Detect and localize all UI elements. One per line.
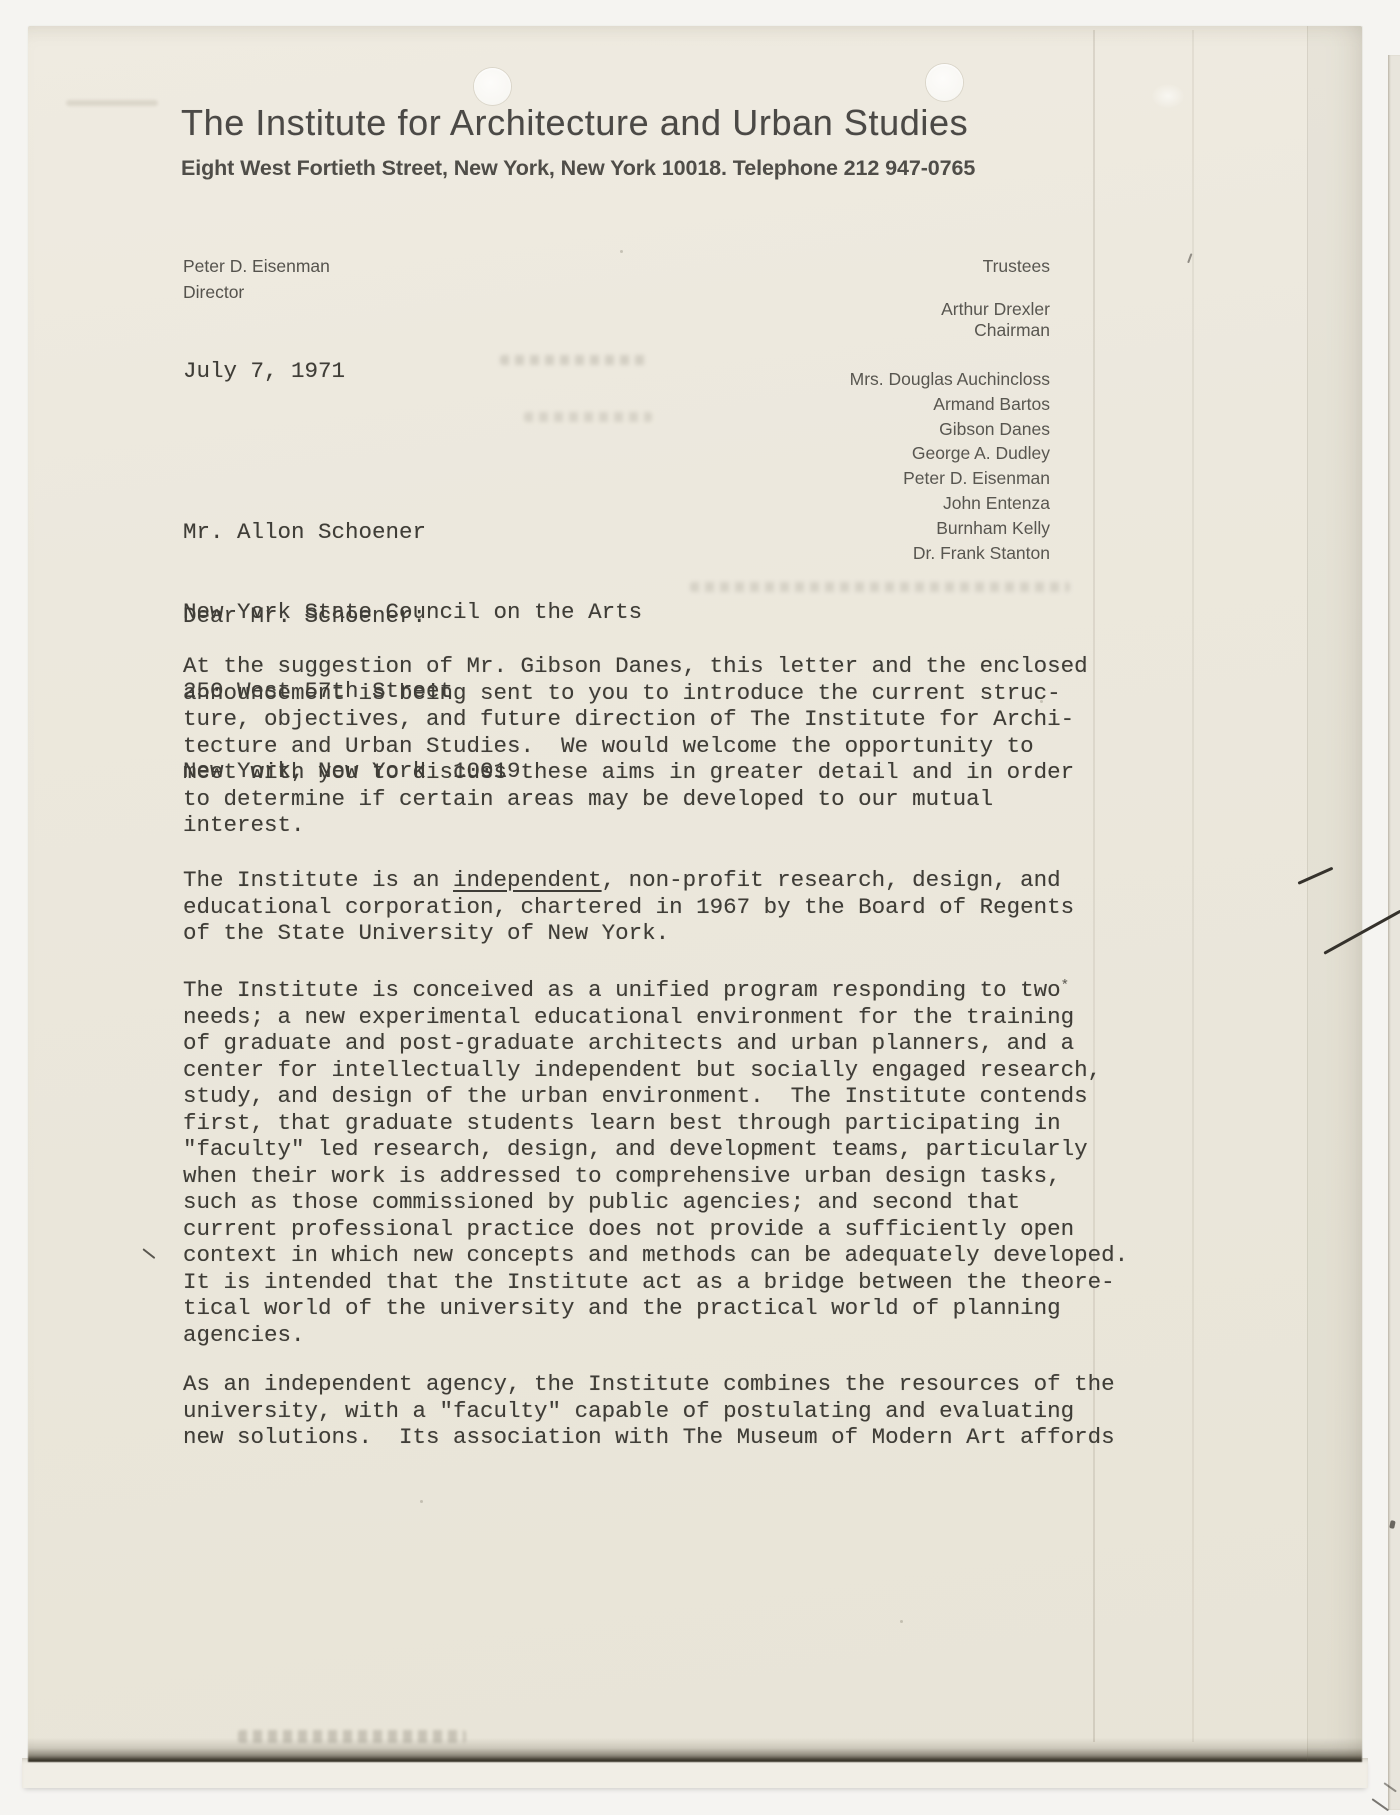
bleedthrough-smudge [690, 582, 1070, 592]
bleedthrough-smudge [524, 412, 652, 422]
punch-hole [474, 68, 511, 105]
body-paragraph-2: The Institute is an independent, non-pro… [183, 867, 1163, 947]
paper-speck [900, 1620, 903, 1623]
trustee-chairman-name: Arthur Drexler [700, 299, 1050, 320]
trustees-column: Trustees Arthur Drexler Chairman Mrs. Do… [700, 256, 1050, 565]
trustees-list: Mrs. Douglas Auchincloss Armand Bartos G… [700, 367, 1050, 565]
body-paragraph-4: As an independent agency, the Institute … [183, 1371, 1183, 1451]
body-paragraph-1: At the suggestion of Mr. Gibson Danes, t… [183, 653, 1163, 839]
paper-scuff-mark [66, 100, 158, 106]
salutation: Dear Mr. Schoener: [183, 603, 426, 630]
punch-hole [926, 64, 963, 101]
trustee-member: Mrs. Douglas Auchincloss [700, 367, 1050, 392]
bleedthrough-smudge [500, 355, 650, 365]
trustee-member: John Entenza [700, 491, 1050, 516]
sender-block: Peter D. Eisenman Director [183, 254, 330, 305]
scanned-letter-page: The Institute for Architecture and Urban… [0, 0, 1400, 1815]
trustee-member: Dr. Frank Stanton [700, 541, 1050, 566]
trustee-member: George A. Dudley [700, 441, 1050, 466]
trustees-heading: Trustees [700, 256, 1050, 277]
trustee-member: Armand Bartos [700, 392, 1050, 417]
trustee-chairman-title: Chairman [700, 320, 1050, 341]
stray-pen-mark: * [1061, 978, 1069, 994]
trustee-member: Gibson Danes [700, 417, 1050, 442]
bleedthrough-smudge [238, 1730, 466, 1743]
paper-speck [620, 250, 623, 253]
sender-title: Director [183, 280, 330, 306]
adjacent-sheet-edge [1388, 55, 1400, 1810]
letterhead-title: The Institute for Architecture and Urban… [181, 102, 968, 143]
paragraph-text: The Institute is an [183, 867, 453, 893]
underlined-word: independent [453, 867, 602, 893]
body-paragraph-3: The Institute is conceived as a unified … [183, 973, 1183, 1348]
vertical-fold-crease [1192, 30, 1194, 1742]
trustee-member: Peter D. Eisenman [700, 466, 1050, 491]
trustee-member: Burnham Kelly [700, 516, 1050, 541]
underlying-sheet-edge [22, 1758, 1368, 1788]
sender-name: Peter D. Eisenman [183, 254, 330, 280]
paragraph-text: The Institute is conceived as a unified … [183, 977, 1061, 1003]
letter-date: July 7, 1971 [183, 358, 345, 385]
letterhead-address-line: Eight West Fortieth Street, New York, Ne… [181, 156, 975, 181]
paper-speck [420, 1500, 423, 1503]
recipient-line: Mr. Allon Schoener [183, 519, 642, 546]
right-edge-band [1307, 26, 1363, 1762]
pen-mark [1371, 1798, 1389, 1811]
paragraph-text: needs; a new experimental educational en… [183, 1004, 1128, 1348]
scan-glare-spot [1152, 84, 1184, 108]
paper-speck [1040, 700, 1043, 703]
page-bottom-shadow-edge [28, 1738, 1362, 1762]
